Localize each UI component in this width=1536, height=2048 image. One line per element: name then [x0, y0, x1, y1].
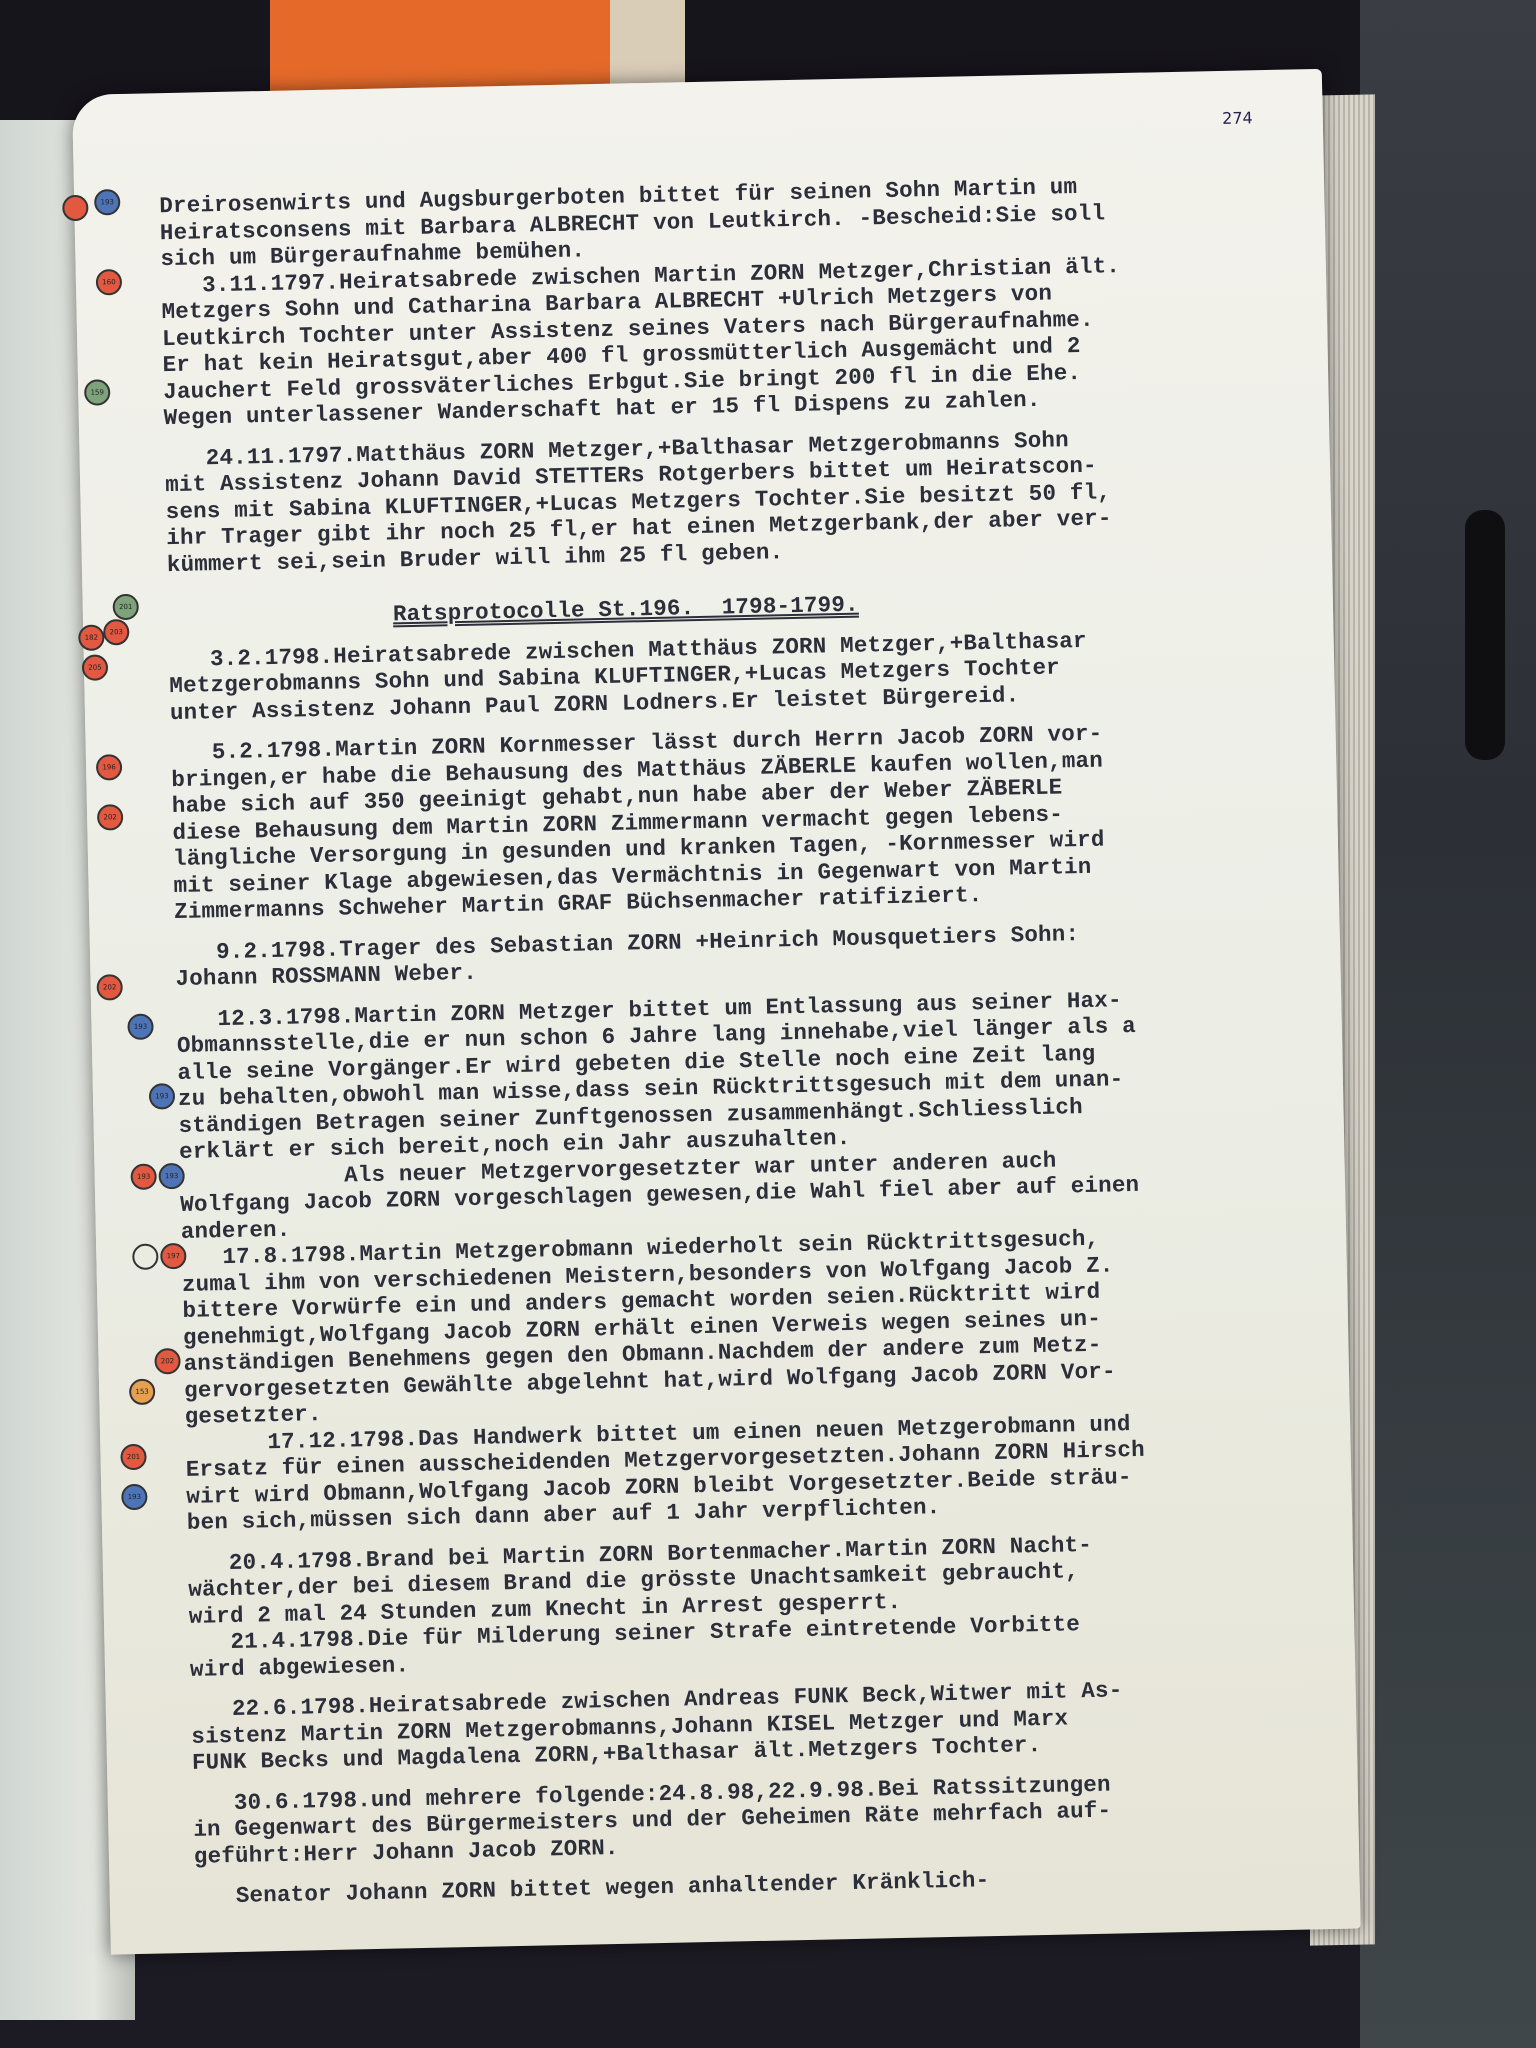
margin-marker-red: 160 — [96, 269, 123, 296]
margin-marker-red: 182 — [78, 624, 105, 651]
margin-marker-blue: 193 — [149, 1083, 176, 1110]
margin-marker-blue: 193 — [127, 1013, 154, 1040]
margin-marker-blue: 193 — [94, 189, 121, 216]
margin-marker-red: 202 — [97, 804, 124, 831]
margin-marker-red: 205 — [82, 654, 109, 681]
margin-marker-empty — [132, 1243, 159, 1270]
margin-marker-red: 196 — [96, 754, 123, 781]
document-page: 274 193160159201182203205196202193202193… — [72, 69, 1361, 1955]
typed-text: Dreirosenwirts und Augsburgerboten bitte… — [159, 169, 1345, 1910]
page-number: 274 — [1222, 108, 1253, 128]
margin-marker-red: 193 — [130, 1163, 157, 1190]
margin-marker-red: 203 — [103, 619, 130, 646]
margin-marker-green: 159 — [84, 379, 111, 406]
desk-surface — [1360, 0, 1536, 2048]
margin-marker-red: 202 — [154, 1348, 181, 1375]
margin-marker-green: 201 — [112, 594, 139, 621]
margin-marker-red — [62, 195, 89, 222]
margin-marker-blue: 193 — [121, 1484, 148, 1511]
margin-marker-red: 201 — [120, 1444, 147, 1471]
margin-marker-red: 202 — [96, 974, 123, 1001]
binder-clip — [1465, 510, 1505, 760]
margin-marker-orange: 153 — [129, 1379, 156, 1406]
